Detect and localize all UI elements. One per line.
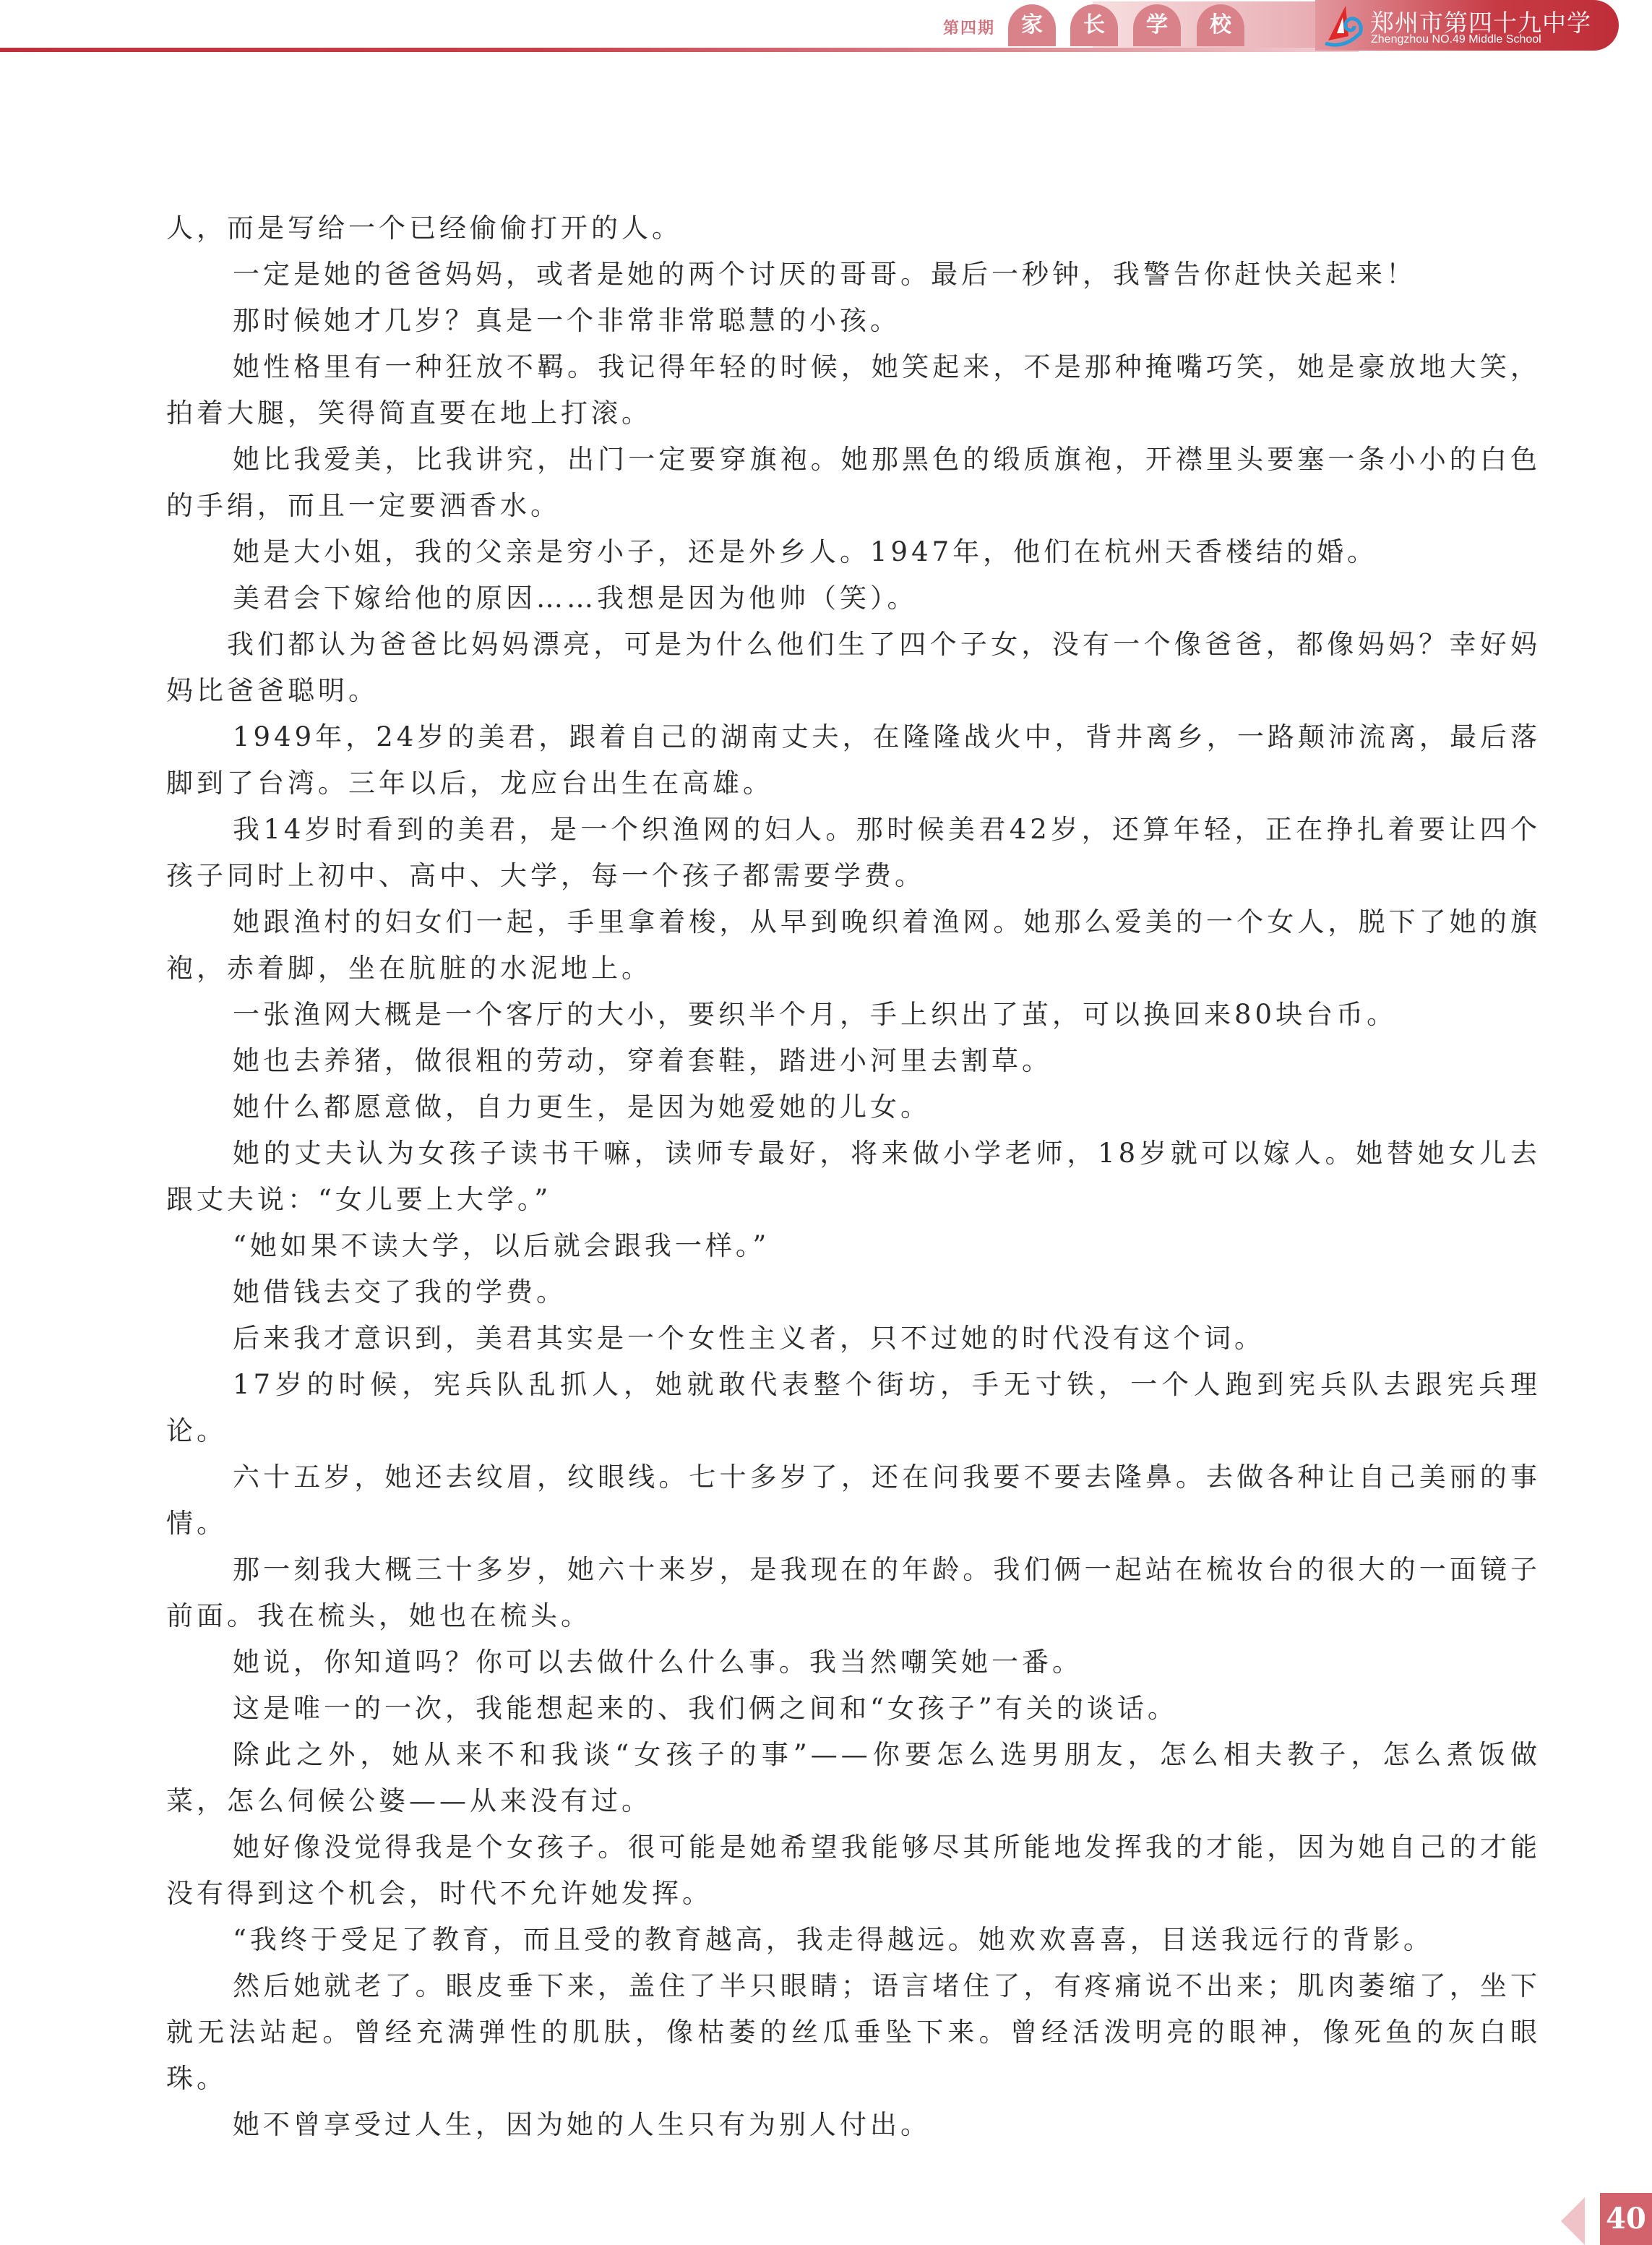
article-paragraph: “我终于受足了教育，而且受的教育越高，我走得越远。她欢欢喜喜，目送我远行的背影。 [166,1917,1541,1963]
issue-label: 第四期 [943,16,995,38]
article-paragraph: “她如果不读大学，以后就会跟我一样。” [166,1223,1541,1269]
section-char-xue: 学 [1133,4,1181,46]
article-paragraph: 她什么都愿意做，自力更生，是因为她爱她的儿女。 [166,1084,1541,1130]
article-paragraph: 我们都认为爸爸比妈妈漂亮，可是为什么他们生了四个子女，没有一个像爸爸，都像妈妈？… [166,622,1541,714]
article-paragraph: 她借钱去交了我的学费。 [166,1269,1541,1315]
article-paragraph: 她是大小姐，我的父亲是穷小子，还是外乡人。1947年，他们在杭州天香楼结的婚。 [166,529,1541,575]
article-paragraph: 一张渔网大概是一个客厅的大小，要织半个月，手上织出了茧，可以换回来80块台币。 [166,992,1541,1038]
page-number: 40 [1600,2193,1652,2245]
article-paragraph: 她的丈夫认为女孩子读书干嘛，读师专最好，将来做小学老师，18岁就可以嫁人。她替她… [166,1130,1541,1223]
article-paragraph: 她也去养猪，做很粗的劳动，穿着套鞋，踏进小河里去割草。 [166,1038,1541,1084]
article-paragraph: 她好像没觉得我是个女孩子。很可能是她希望我能够尽其所能地发挥我的才能，因为她自己… [166,1824,1541,1917]
article-paragraph: 这是唯一的一次，我能想起来的、我们俩之间和“女孩子”有关的谈话。 [166,1686,1541,1732]
article-paragraph: 然后她就老了。眼皮垂下来，盖住了半只眼睛；语言堵住了，有疼痛说不出来；肌肉萎缩了… [166,1963,1541,2102]
article-paragraph: 1949年，24岁的美君，跟着自己的湖南丈夫，在隆隆战火中，背井离乡，一路颠沛流… [166,714,1541,807]
article-paragraph: 除此之外，她从来不和我谈“女孩子的事”——你要怎么选男朋友，怎么相夫教子，怎么煮… [166,1732,1541,1824]
school-49-logo-icon [1324,4,1363,48]
section-char-jia: 家 [1008,4,1056,46]
article-paragraph: 她性格里有一种狂放不羁。我记得年轻的时候，她笑起来，不是那种掩嘴巧笑，她是豪放地… [166,344,1541,437]
article-body: 人，而是写给一个已经偷偷打开的人。一定是她的爸爸妈妈，或者是她的两个讨厌的哥哥。… [166,205,1541,2148]
article-paragraph: 后来我才意识到，美君其实是一个女性主义者，只不过她的时代没有这个词。 [166,1315,1541,1362]
article-paragraph: 美君会下嫁给他的原因……我想是因为他帅（笑）。 [166,575,1541,622]
article-paragraph: 人，而是写给一个已经偷偷打开的人。 [166,205,1541,252]
article-paragraph: 17岁的时候，宪兵队乱抓人，她就敢代表整个街坊，手无寸铁，一个人跑到宪兵队去跟宪… [166,1362,1541,1454]
triangle-left-icon [1561,2197,1585,2245]
section-char-zhang: 长 [1070,4,1118,46]
section-char-xiao: 校 [1197,4,1244,46]
article-paragraph: 她跟渔村的妇女们一起，手里拿着梭，从早到晚织着渔网。她那么爱美的一个女人，脱下了… [166,899,1541,992]
article-paragraph: 那一刻我大概三十多岁，她六十来岁，是我现在的年龄。我们俩一起站在梳妆台的很大的一… [166,1547,1541,1639]
article-paragraph: 她不曾享受过人生，因为她的人生只有为别人付出。 [166,2102,1541,2148]
article-paragraph: 一定是她的爸爸妈妈，或者是她的两个讨厌的哥哥。最后一秒钟，我警告你赶快关起来！ [166,252,1541,298]
article-paragraph: 她比我爱美，比我讲究，出门一定要穿旗袍。她那黑色的缎质旗袍，开襟里头要塞一条小小… [166,437,1541,529]
article-paragraph: 我14岁时看到的美君，是一个织渔网的妇人。那时候美君42岁，还算年轻，正在挣扎着… [166,807,1541,899]
article-paragraph: 那时候她才几岁？真是一个非常非常聪慧的小孩。 [166,298,1541,344]
article-paragraph: 她说，你知道吗？你可以去做什么什么事。我当然嘲笑她一番。 [166,1639,1541,1686]
header-rule [0,48,1359,52]
article-paragraph: 六十五岁，她还去纹眉，纹眼线。七十多岁了，还在问我要不要去隆鼻。去做各种让自己美… [166,1454,1541,1547]
school-name-en: Zhengzhou NO.49 Middle School [1371,33,1541,46]
